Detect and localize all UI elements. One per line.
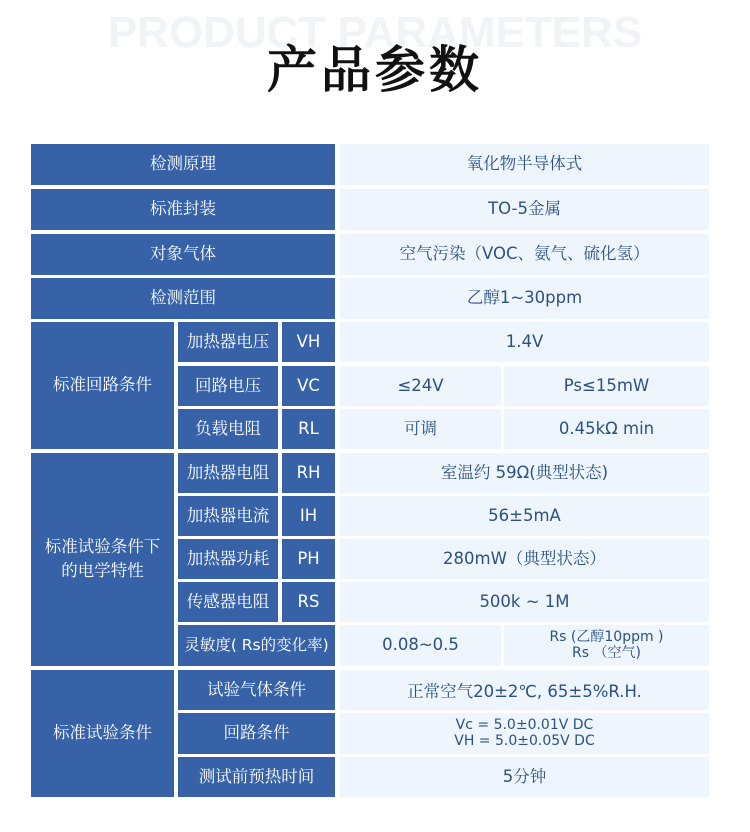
row-value-package: TO-5金属 xyxy=(340,189,709,230)
row-label-detection-range: 检测范围 xyxy=(31,278,335,319)
param-code-ph: PH xyxy=(282,539,335,579)
param-value-load-resistance: 可调 xyxy=(340,409,501,449)
param-name-load-resistance: 负载电阻 xyxy=(178,409,278,449)
param-value-heater-power: 280mW（典型状态） xyxy=(340,539,709,579)
param-value-heater-current: 56±5mA xyxy=(340,496,709,536)
row-label-package: 标准封装 xyxy=(31,189,335,230)
param-name-preheat-time: 测试前预热时间 xyxy=(178,757,335,797)
param-value-heater-voltage: 1.4V xyxy=(340,322,709,362)
param-name-heater-current: 加热器电流 xyxy=(178,496,278,536)
param-value-sensor-resistance: 500k ~ 1M xyxy=(340,582,709,622)
param-name-sensitivity: 灵敏度( Rs的变化率) xyxy=(178,625,335,666)
param-value-test-gas-condition: 正常空气20±2℃, 65±5%R.H. xyxy=(340,670,709,710)
param-value-circuit-condition: Vc = 5.0±0.01V DC VH = 5.0±0.05V DC xyxy=(340,713,709,754)
param-code-vc: VC xyxy=(282,366,335,406)
param-code-vh: VH xyxy=(282,322,335,362)
param-code-rs: RS xyxy=(282,582,335,622)
param-name-heater-resistance: 加热器电阻 xyxy=(178,453,278,493)
formula-denominator: Rs （空气) xyxy=(572,646,641,661)
group-label-line1: 标准试验条件下 xyxy=(45,538,161,557)
param-name-circuit-condition: 回路条件 xyxy=(178,713,335,754)
param-value-sensitivity: 0.08~0.5 xyxy=(340,625,501,666)
circuit-condition-vh: VH = 5.0±0.05V DC xyxy=(454,734,595,749)
row-value-detection-principle: 氧化物半导体式 xyxy=(340,144,709,185)
param-value-heater-resistance: 室温约 59Ω(典型状态) xyxy=(340,453,709,493)
row-label-detection-principle: 检测原理 xyxy=(31,144,335,185)
group-label-standard-circuit: 标准回路条件 xyxy=(31,322,174,449)
param-value-load-resistance-min: 0.45kΩ min xyxy=(504,409,709,449)
param-name-test-gas-condition: 试验气体条件 xyxy=(178,670,335,710)
param-value-preheat-time: 5分钟 xyxy=(340,757,709,797)
param-value-power-limit: Ps≤15mW xyxy=(504,366,709,406)
group-label-line2: 的电学特性 xyxy=(61,562,144,581)
formula-numerator: Rs (乙醇10ppm ) xyxy=(549,630,663,645)
param-value-circuit-voltage: ≤24V xyxy=(340,366,501,406)
row-label-target-gas: 对象气体 xyxy=(31,234,335,275)
param-name-heater-power: 加热器功耗 xyxy=(178,539,278,579)
param-code-rl: RL xyxy=(282,409,335,449)
param-name-circuit-voltage: 回路电压 xyxy=(178,366,278,406)
row-value-target-gas: 空气污染（VOC、氨气、硫化氢） xyxy=(340,234,709,275)
circuit-condition-vc: Vc = 5.0±0.01V DC xyxy=(456,718,594,733)
row-value-detection-range: 乙醇1~30ppm xyxy=(340,278,709,319)
param-code-ih: IH xyxy=(282,496,335,536)
group-label-standard-test-conditions: 标准试验条件 xyxy=(31,670,174,797)
page-title: 产品参数 xyxy=(0,30,750,102)
param-name-heater-voltage: 加热器电压 xyxy=(178,322,278,362)
param-value-sensitivity-formula: Rs (乙醇10ppm ) Rs （空气) xyxy=(504,625,709,666)
group-label-electrical-characteristics: 标准试验条件下 的电学特性 xyxy=(31,453,174,666)
param-code-rh: RH xyxy=(282,453,335,493)
param-name-sensor-resistance: 传感器电阻 xyxy=(178,582,278,622)
